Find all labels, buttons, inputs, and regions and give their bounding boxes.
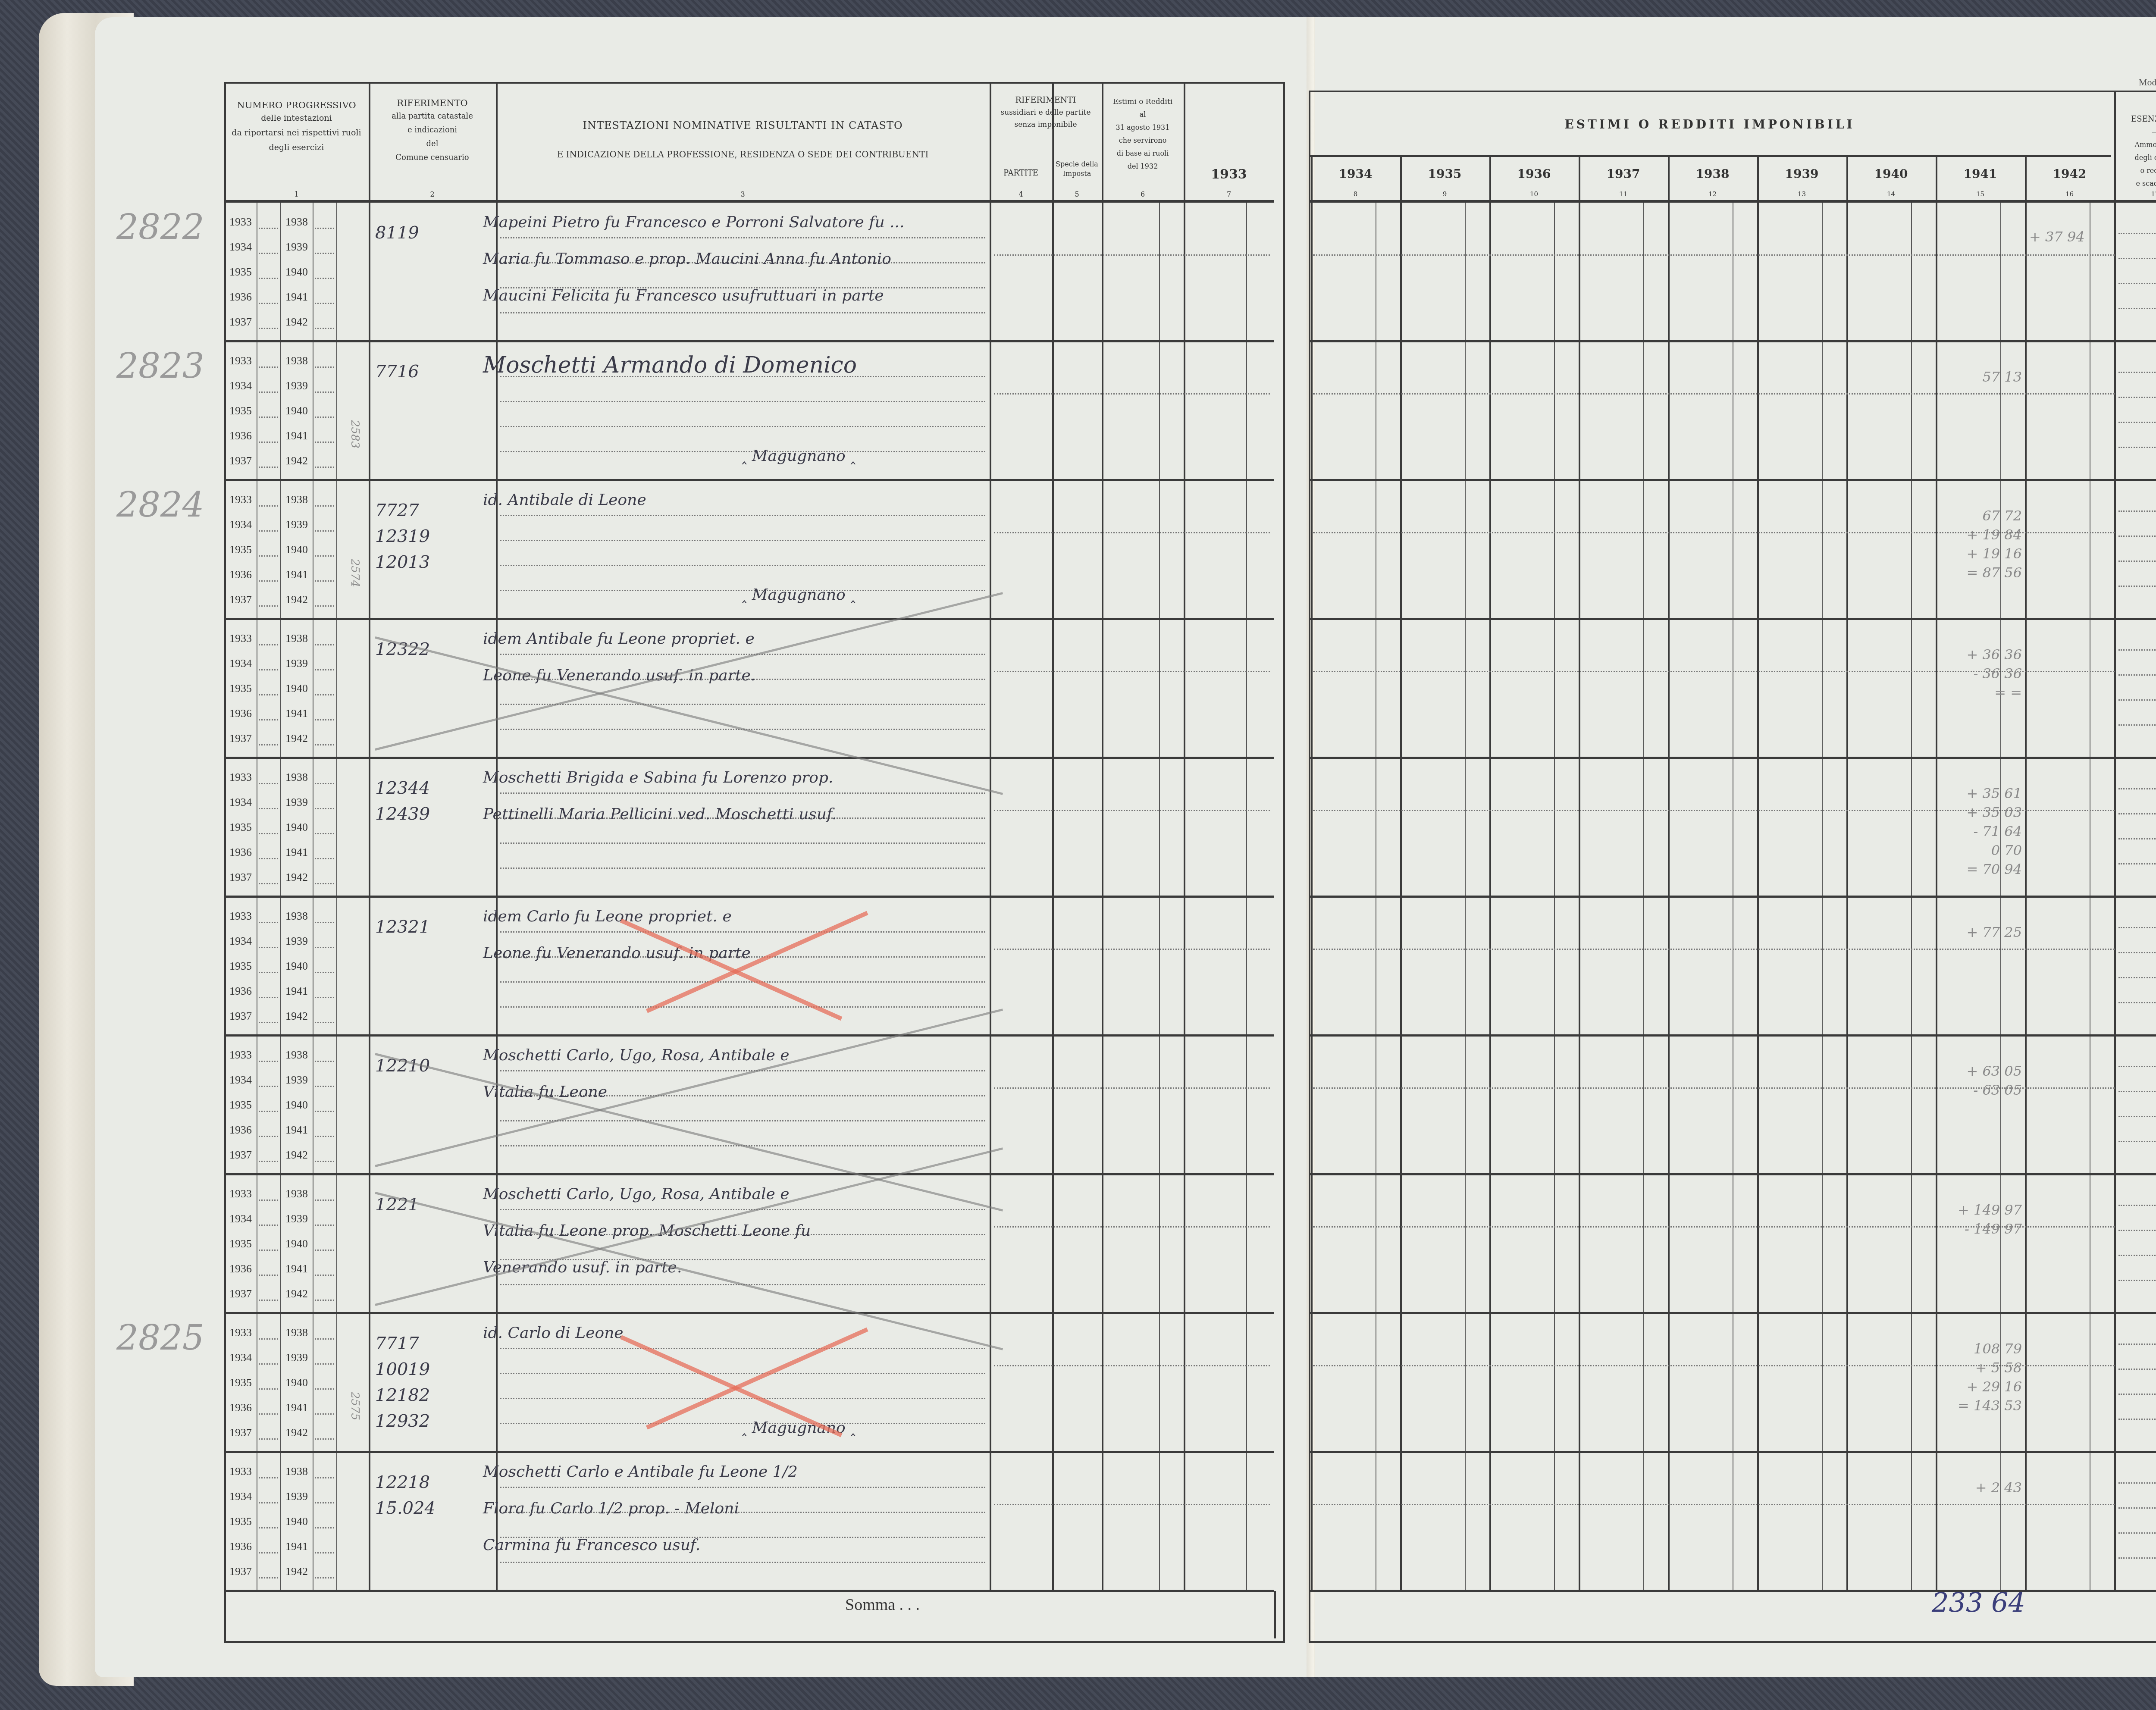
- column-number: 9: [1400, 190, 1489, 198]
- dotted-leader: [315, 694, 334, 695]
- dotted-guide: [2118, 927, 2156, 928]
- year-col-divider: [1757, 155, 1759, 1591]
- dotted-leader: [259, 605, 278, 607]
- entry-row-separator: [224, 340, 1274, 342]
- entry-row-separator: [224, 618, 1274, 620]
- dotted-guide: [500, 1209, 985, 1210]
- column-number: 17: [2114, 190, 2156, 198]
- header-rule-right: [1309, 200, 2156, 203]
- dotted-guide: [2118, 649, 2156, 651]
- year-label: 1934: [229, 379, 252, 392]
- residence-text: ‸ Magugnano ‸: [742, 447, 856, 465]
- left-col-divider: [1102, 82, 1103, 1591]
- year-label: 1941: [285, 429, 308, 442]
- year-label: 1936: [229, 1124, 252, 1137]
- col6-header-line: 31 agosto 1931: [1102, 123, 1184, 132]
- year-label: 1935: [229, 1237, 252, 1250]
- year-label: 1936: [229, 985, 252, 998]
- dotted-leader: [259, 808, 278, 809]
- value-1941: 57 13: [1940, 367, 2022, 386]
- year-label: 1937: [229, 1010, 252, 1023]
- dotted-guide: [994, 393, 1270, 395]
- esenzioni-header-line: e scadenze: [2114, 179, 2156, 188]
- entry-row-separator: [224, 1034, 1274, 1037]
- entry-row-separator: [1309, 479, 2156, 481]
- dotted-guide: [994, 1226, 1270, 1228]
- dotted-leader: [259, 833, 278, 834]
- dotted-leader: [259, 303, 278, 304]
- dotted-guide: [2118, 952, 2156, 953]
- dotted-guide: [2118, 1419, 2156, 1420]
- dotted-guide: [500, 237, 985, 238]
- year-label: 1937: [229, 454, 252, 467]
- dotted-leader: [259, 228, 278, 229]
- dotted-leader: [315, 1552, 334, 1553]
- year-header-1942: 1942: [2025, 166, 2114, 182]
- esenzioni-header: ESENZIONI: [2114, 114, 2156, 125]
- year-label: 1933: [229, 771, 252, 784]
- year-label: 1941: [285, 568, 308, 581]
- owner-text: Moschetti Armando di Domenico: [483, 352, 857, 378]
- dotted-leader: [259, 1225, 278, 1226]
- dotted-guide: [994, 810, 1270, 811]
- dotted-leader: [259, 1061, 278, 1062]
- dotted-leader: [259, 1111, 278, 1112]
- owner-text: Maucini Felicita fu Francesco usufruttua…: [483, 287, 884, 304]
- dotted-leader: [259, 253, 278, 254]
- year-label: 1937: [229, 1287, 252, 1300]
- year-label: 1941: [285, 291, 308, 304]
- year-label: 1935: [229, 543, 252, 556]
- esenzioni-header-line: o redditi: [2114, 166, 2156, 175]
- owner-text: Moschetti Carlo, Ugo, Rosa, Antibale e: [483, 1185, 790, 1203]
- owner-text: id. Antibale di Leone: [483, 491, 646, 509]
- dotted-leader: [315, 328, 334, 329]
- dotted-guide: [2118, 561, 2156, 562]
- dotted-guide: [2118, 510, 2156, 512]
- dotted-leader: [315, 1022, 334, 1023]
- dotted-leader: [259, 783, 278, 784]
- dotted-leader: [259, 997, 278, 998]
- year-header-1935: 1935: [1400, 166, 1489, 182]
- dotted-leader: [259, 1527, 278, 1528]
- dotted-leader: [315, 719, 334, 720]
- dotted-leader: [315, 253, 334, 254]
- value-1941: + 149 97 - 149 97: [1940, 1200, 2022, 1238]
- esenzioni-header-line: degli estimi: [2114, 153, 2156, 163]
- year-label: 1933: [229, 632, 252, 645]
- year-label: 1937: [229, 316, 252, 329]
- dotted-guide: [2118, 1532, 2156, 1534]
- year-label: 1940: [285, 682, 308, 695]
- left-col-divider: [1052, 82, 1054, 1591]
- column-number: 12: [1668, 190, 1757, 198]
- dotted-guide: [2118, 1255, 2156, 1256]
- partita-reference: 7727 12319 12013: [375, 498, 430, 575]
- column-number: 10: [1489, 190, 1579, 198]
- dotted-guide: [500, 842, 985, 844]
- column-number: 5: [1052, 190, 1102, 199]
- col1-header-line: degli esercizi: [224, 142, 369, 153]
- dotted-guide: [500, 1373, 985, 1374]
- year-label: 1938: [285, 1326, 308, 1339]
- year-label: 1933: [229, 1049, 252, 1062]
- dotted-guide: [994, 1365, 1270, 1366]
- entry-row-separator: [1309, 757, 2156, 759]
- dotted-leader: [259, 883, 278, 884]
- year-label: 1934: [229, 241, 252, 254]
- year-label: 1939: [285, 518, 308, 531]
- year-label: 1941: [285, 1401, 308, 1414]
- col3-header-title: INTESTAZIONI NOMINATIVE RISULTANTI IN CA…: [496, 119, 990, 132]
- entry-row-separator: [224, 1451, 1274, 1453]
- dotted-guide: [2118, 977, 2156, 978]
- year-label: 1938: [285, 493, 308, 506]
- dotted-guide: [500, 565, 985, 566]
- dotted-leader: [259, 922, 278, 923]
- dotted-leader: [259, 1477, 278, 1478]
- owner-text: Flora fu Carlo 1/2 prop. - Meloni: [483, 1500, 739, 1517]
- year-label: 1936: [229, 568, 252, 581]
- col6-header-line: del 1932: [1102, 162, 1184, 171]
- entry-row-separator: [1309, 896, 2156, 898]
- partita-reference: 7716: [375, 359, 419, 385]
- dotted-leader: [259, 669, 278, 670]
- dotted-leader: [259, 1022, 278, 1023]
- value-1941: + 36 36 - 36 36 = =: [1940, 645, 2022, 702]
- dotted-guide: [2118, 1557, 2156, 1559]
- owner-text: idem Antibale fu Leone propriet. e: [483, 630, 755, 648]
- dotted-leader: [315, 947, 334, 948]
- year-header-1941: 1941: [1936, 166, 2025, 182]
- dotted-leader: [315, 1111, 334, 1112]
- dotted-guide: [2118, 788, 2156, 789]
- dotted-leader: [259, 644, 278, 645]
- year-label: 1936: [229, 1401, 252, 1414]
- dotted-leader: [259, 694, 278, 695]
- dotted-guide: [994, 532, 1270, 533]
- year-label: 1942: [285, 1149, 308, 1162]
- dotted-leader: [315, 1200, 334, 1201]
- dotted-leader: [315, 1250, 334, 1251]
- owner-text: Carmina fu Francesco usuf.: [483, 1536, 700, 1554]
- year-label: 1938: [285, 216, 308, 229]
- col1-header-line: delle intestazioni: [224, 113, 369, 124]
- dotted-leader: [259, 530, 278, 532]
- dotted-guide: [500, 1562, 985, 1563]
- owner-text: Moschetti Carlo e Antibale fu Leone 1/2: [483, 1463, 798, 1481]
- entry-row-separator: [224, 479, 1274, 481]
- year-label: 1933: [229, 216, 252, 229]
- header-rule-left: [224, 200, 1274, 203]
- year-header-1936: 1936: [1489, 166, 1579, 182]
- column-number: 2: [369, 190, 496, 199]
- left-col-divider: [496, 82, 498, 1591]
- dotted-guide: [2118, 1482, 2156, 1484]
- year-label: 1940: [285, 1515, 308, 1528]
- year-label: 1937: [229, 593, 252, 606]
- year-label: 1939: [285, 1490, 308, 1503]
- margin-note: 2575: [348, 1392, 361, 1420]
- dotted-guide: [994, 949, 1270, 950]
- dotted-leader: [315, 1338, 334, 1340]
- year-label: 1940: [285, 960, 308, 973]
- dotted-leader: [259, 1200, 278, 1201]
- col2-header-line: e indicazioni: [369, 125, 496, 135]
- dotted-leader: [315, 580, 334, 582]
- dotted-leader: [315, 1438, 334, 1440]
- year-label: 1938: [285, 1465, 308, 1478]
- dotted-guide: [500, 515, 985, 516]
- col45-header-title: RIFERIMENTI: [990, 95, 1102, 106]
- dotted-leader: [315, 972, 334, 973]
- dotted-guide: [1313, 1504, 2115, 1505]
- owner-text: idem Carlo fu Leone propriet. e: [483, 908, 732, 925]
- year-label: 1940: [285, 1099, 308, 1112]
- dotted-leader: [315, 1086, 334, 1087]
- entry-number: 2825: [116, 1318, 204, 1358]
- entry-number: 2824: [116, 485, 204, 525]
- margin-note: 2574: [348, 559, 361, 587]
- dotted-guide: [2118, 447, 2156, 448]
- dotted-guide: [2118, 308, 2156, 309]
- dotted-leader: [259, 1438, 278, 1440]
- year-label: 1941: [285, 846, 308, 859]
- year-col-divider: [1489, 155, 1491, 1591]
- year-label: 1933: [229, 493, 252, 506]
- dotted-leader: [259, 1502, 278, 1503]
- col1-header-line: da riportarsi nei rispettivi ruoli: [224, 128, 369, 139]
- year-col-divider: [1668, 155, 1670, 1591]
- owner-text: id. Carlo di Leone: [483, 1324, 624, 1342]
- dotted-guide: [994, 671, 1270, 672]
- col2-header-line: Comune censuario: [369, 153, 496, 163]
- year-label: 1934: [229, 796, 252, 809]
- year-label: 1933: [229, 1326, 252, 1339]
- dotted-leader: [315, 833, 334, 834]
- dotted-leader: [315, 1061, 334, 1062]
- dotted-guide: [500, 931, 985, 933]
- dotted-leader: [315, 858, 334, 859]
- dotted-leader: [315, 1300, 334, 1301]
- dotted-leader: [315, 808, 334, 809]
- value-1941: 67 72 + 19 84 + 19 16 = 87 56: [1940, 506, 2022, 582]
- column-number: 15: [1936, 190, 2025, 198]
- year-label: 1936: [229, 291, 252, 304]
- year-label: 1940: [285, 266, 308, 279]
- year-label: 1941: [285, 1540, 308, 1553]
- estimi-group-title: ESTIMI O REDDITI IMPONIBILI: [1309, 116, 2111, 133]
- dotted-guide: [2118, 813, 2156, 814]
- entry-row-separator: [1309, 618, 2156, 620]
- dotted-guide: [2118, 233, 2156, 234]
- dotted-guide: [994, 1504, 1270, 1505]
- year-label: 1942: [285, 1565, 308, 1578]
- year-label: 1939: [285, 241, 308, 254]
- year-label: 1933: [229, 354, 252, 367]
- dotted-guide: [2118, 1344, 2156, 1345]
- value-1941: + 63 05 - 63 05: [1940, 1062, 2022, 1099]
- dotted-leader: [315, 1477, 334, 1478]
- dotted-leader: [315, 1161, 334, 1162]
- year-label: 1939: [285, 796, 308, 809]
- dotted-guide: [2118, 1091, 2156, 1092]
- dotted-leader: [259, 505, 278, 507]
- year-label: 1936: [229, 429, 252, 442]
- dotted-leader: [259, 1275, 278, 1276]
- col45-header-line: sussidiari e delle partite: [990, 108, 1102, 118]
- dotted-leader: [259, 1161, 278, 1162]
- dotted-guide: [994, 254, 1270, 256]
- year-label: 1934: [229, 657, 252, 670]
- entry-number: 2822: [116, 207, 204, 247]
- year-label: 1934: [229, 935, 252, 948]
- year-label: 1942: [285, 732, 308, 745]
- dotted-guide: [1313, 949, 2115, 950]
- entry-row-separator: [224, 757, 1274, 759]
- dotted-leader: [315, 228, 334, 229]
- year-label: 1942: [285, 871, 308, 884]
- year-label: 1937: [229, 1565, 252, 1578]
- dotted-guide: [2118, 699, 2156, 701]
- dotted-leader: [259, 1338, 278, 1340]
- partita-reference: 12321: [375, 914, 430, 940]
- dotted-guide: [500, 1006, 985, 1008]
- dotted-leader: [315, 1363, 334, 1365]
- dotted-leader: [315, 997, 334, 998]
- dotted-leader: [259, 580, 278, 582]
- dotted-guide: [2118, 422, 2156, 423]
- year-label: 1938: [285, 771, 308, 784]
- dotted-leader: [259, 391, 278, 393]
- dotted-leader: [315, 605, 334, 607]
- year-col-divider: [1311, 155, 1313, 1591]
- entry-number: 2823: [116, 346, 204, 386]
- form-id-label: Mod. 111 - Imposte Dirette (Intercalare)…: [2139, 77, 2156, 88]
- column-number: 11: [1579, 190, 1668, 198]
- dotted-guide: [2118, 1230, 2156, 1231]
- year-label: 1935: [229, 404, 252, 417]
- dotted-leader: [315, 783, 334, 784]
- dotted-guide: [500, 312, 985, 313]
- dotted-leader: [259, 719, 278, 720]
- dotted-guide: [2118, 1066, 2156, 1067]
- dotted-leader: [315, 883, 334, 884]
- year-label: 1935: [229, 266, 252, 279]
- year-label: 1934: [229, 1212, 252, 1225]
- partite-header: PARTITE: [990, 168, 1052, 179]
- left-col-divider: [1184, 82, 1185, 1591]
- year-label: 1936: [229, 707, 252, 720]
- dotted-guide: [2118, 863, 2156, 864]
- year-label: 1938: [285, 1187, 308, 1200]
- year-header-1934: 1934: [1311, 166, 1400, 182]
- dotted-leader: [315, 278, 334, 279]
- dotted-leader: [315, 530, 334, 532]
- dotted-leader: [259, 442, 278, 443]
- dotted-leader: [259, 417, 278, 418]
- owner-text: Pettinelli Maria Pellicini ved. Moschett…: [483, 805, 837, 823]
- dotted-guide: [2118, 586, 2156, 587]
- dotted-guide: [500, 704, 985, 705]
- dotted-guide: [2118, 1002, 2156, 1003]
- dotted-guide: [500, 1070, 985, 1071]
- dotted-guide: [1313, 393, 2115, 395]
- year-label: 1939: [285, 379, 308, 392]
- dotted-leader: [315, 922, 334, 923]
- column-number: 13: [1757, 190, 1846, 198]
- column-number: 3: [496, 190, 990, 199]
- dotted-leader: [315, 1388, 334, 1390]
- dotted-leader: [315, 417, 334, 418]
- year-label: 1935: [229, 682, 252, 695]
- year-label: 1937: [229, 732, 252, 745]
- dotted-guide: [1313, 254, 2115, 256]
- entry-row-separator: [1309, 1034, 2156, 1037]
- dotted-guide: [2118, 1141, 2156, 1142]
- col2-header-line: del: [369, 139, 496, 149]
- year-label: 1940: [285, 821, 308, 834]
- value-1941: 108 79 + 5 58 + 29 16 = 143 53: [1940, 1339, 2022, 1415]
- entry-row-separator: [1309, 1312, 2156, 1314]
- residence-text: ‸ Magugnano ‸: [742, 586, 856, 604]
- dotted-leader: [259, 1300, 278, 1301]
- entry-row-separator: [1309, 1173, 2156, 1175]
- year-label: 1940: [285, 404, 308, 417]
- dotted-leader: [259, 972, 278, 973]
- dotted-leader: [259, 1086, 278, 1087]
- dotted-guide: [500, 654, 985, 655]
- dotted-guide: [500, 540, 985, 541]
- year-col-divider: [1579, 155, 1580, 1591]
- dotted-guide: [500, 1120, 985, 1121]
- entry-row-separator: [224, 1590, 1274, 1592]
- col2-header-line: alla partita catastale: [369, 111, 496, 122]
- dotted-guide: [500, 401, 985, 402]
- dotted-leader: [259, 467, 278, 468]
- dotted-guide: [2118, 1394, 2156, 1395]
- dotted-leader: [315, 1527, 334, 1528]
- dotted-leader: [259, 278, 278, 279]
- esenzioni-header-line: Ammontare: [2114, 140, 2156, 150]
- year-label: 1942: [285, 316, 308, 329]
- column-number: 7: [1184, 190, 1274, 199]
- year-label: 1938: [285, 354, 308, 367]
- col45-header-line: senza imponibile: [990, 120, 1102, 130]
- value-1941: + 2 43: [1940, 1478, 2022, 1497]
- column-number: 1: [224, 190, 369, 199]
- year-label: 1939: [285, 935, 308, 948]
- dotted-leader: [315, 467, 334, 468]
- value-1942: + 37 94: [2029, 229, 2085, 245]
- year-label: 1936: [229, 1262, 252, 1275]
- year-col-divider: [1846, 155, 1848, 1591]
- owner-text: Moschetti Carlo, Ugo, Rosa, Antibale e: [483, 1046, 790, 1064]
- year-label: 1941: [285, 985, 308, 998]
- dotted-leader: [315, 303, 334, 304]
- dotted-guide: [2118, 1507, 2156, 1509]
- column-number: 16: [2025, 190, 2114, 198]
- dotted-leader: [259, 1388, 278, 1390]
- specie-imposta-header: Specie della Imposta: [1052, 160, 1102, 178]
- year-label: 1936: [229, 846, 252, 859]
- dotted-leader: [315, 669, 334, 670]
- dotted-guide: [500, 792, 985, 794]
- dotted-leader: [259, 858, 278, 859]
- col6-header-line: che servirono: [1102, 136, 1184, 145]
- year-header-1940: 1940: [1846, 166, 1936, 182]
- dotted-leader: [259, 1250, 278, 1251]
